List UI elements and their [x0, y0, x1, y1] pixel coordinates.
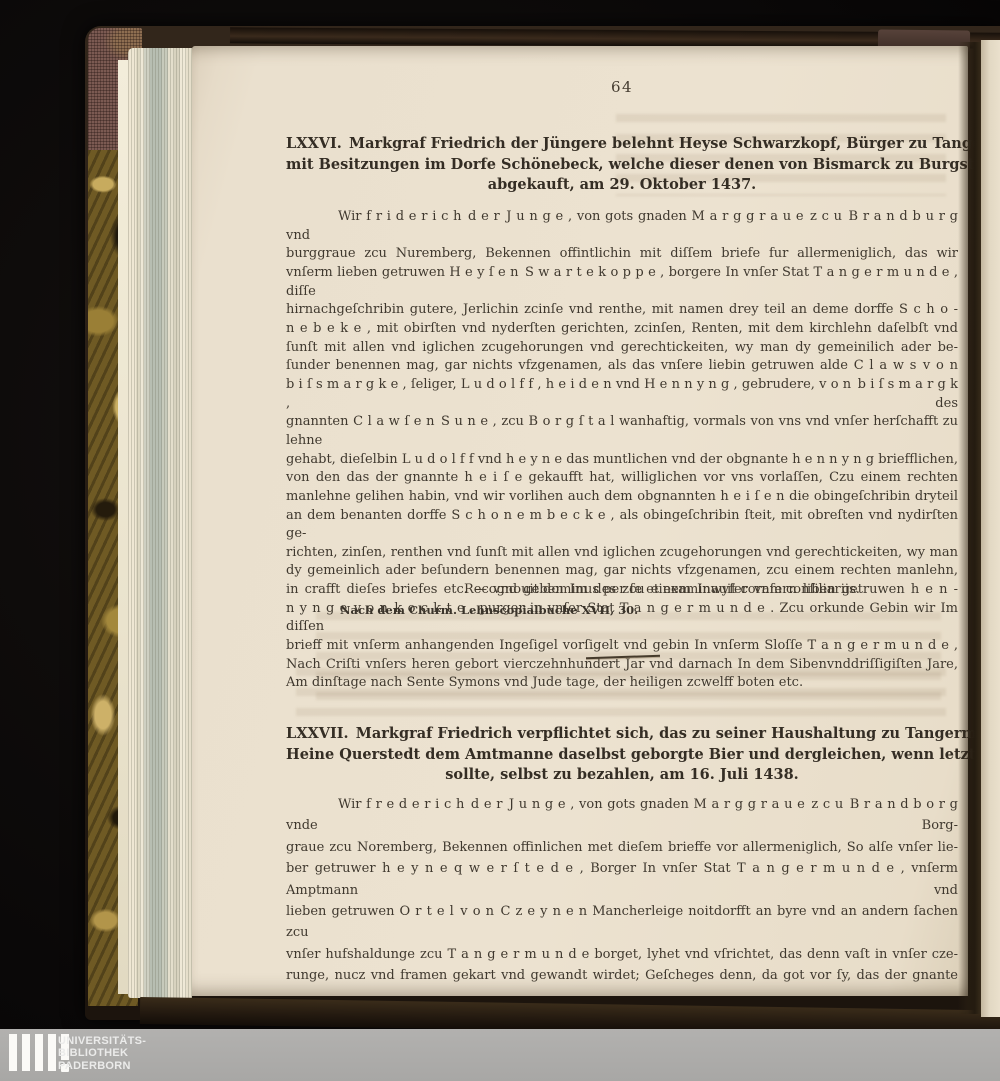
body-line: graue zcu Noremberg, Bekennen offinliche…	[286, 837, 958, 858]
facing-page-edge	[981, 40, 1000, 1017]
body-line: vnſer hufshaldunge zcu T a n g e r m u n…	[286, 944, 958, 965]
library-name-line: UNIVERSITÄTS-	[58, 1035, 146, 1047]
body-line: an dem benanten dorffe S c h o n e m b e…	[286, 507, 958, 544]
body-line: Am dinſtage nach Sente Symons vnd Jude t…	[286, 674, 958, 693]
heading-line: Heine Querstedt dem Amtmanne daselbst ge…	[286, 745, 958, 766]
page-stack-edges	[128, 48, 192, 998]
logo-bar	[35, 1034, 43, 1071]
body-line: ſunſt mit allen vnd iglichen zcugehorung…	[286, 339, 958, 358]
body-line: n e b e k e , mit obirſten vnd nyderſten…	[286, 320, 958, 339]
library-name-line: PADERBORN	[58, 1060, 146, 1072]
body-line: von den das der gnannte h e i ſ e gekauf…	[286, 469, 958, 488]
attestation-line: Recognouit dominus per ſe et examinauit …	[464, 582, 860, 597]
heading-line: abgekauft, am 29. Oktober 1437.	[286, 175, 958, 196]
body-line: manlehne gelihen habin, vnd wir vorlihen…	[286, 488, 958, 507]
library-name: UNIVERSITÄTS-BIBLIOTHEKPADERBORN	[58, 1035, 146, 1072]
page-number: 64	[286, 78, 958, 96]
scan-background: 64 LXXVI. Markgraf Friedrich der Jüngere…	[0, 0, 1000, 1081]
body-line: brieff mit vnſerm anhangenden Ingeſigel …	[286, 637, 958, 656]
heading-line: LXXVI. Markgraf Friedrich der Jüngere be…	[286, 134, 958, 155]
body-line: dy gemeinlich ader beſundern benennen ma…	[286, 562, 958, 581]
body-line: hirnachgeſchribin gutere, Jerlichin zcin…	[286, 301, 958, 320]
library-footer-bar: UNIVERSITÄTS-BIBLIOTHEKPADERBORN	[0, 1029, 1000, 1081]
section-76-body: Wir f r i d e r i c h d e r J u n g e , …	[286, 208, 958, 693]
body-line: runge, nucz vnd framen gekart vnd gewand…	[286, 965, 958, 986]
logo-bar	[48, 1034, 56, 1071]
body-line: burggraue zcu Nuremberg, Bekennen offint…	[286, 245, 958, 264]
page-gutter-shadow	[958, 42, 982, 1014]
body-line: Wir f r i d e r i c h d e r J u n g e , …	[286, 208, 958, 245]
body-line: vnſerm lieben getruwen H e y ſ e n S w a…	[286, 264, 958, 301]
heading-line: sollte, selbst zu bezahlen, am 16. Juli …	[286, 765, 958, 786]
heading-line: LXXVII. Markgraf Friedrich verpflichtet …	[286, 724, 958, 745]
library-name-line: BIBLIOTHEK	[58, 1047, 146, 1059]
body-line: Nach Criſti vnſers heren gebort vierczeh…	[286, 656, 958, 675]
body-line: b i ſ s m a r g k e , ſeliger, L u d o l…	[286, 376, 958, 413]
logo-bar	[22, 1034, 30, 1071]
section-76-heading: LXXVI. Markgraf Friedrich der Jüngere be…	[286, 134, 958, 196]
body-line: lieben getruwen O r t e l v o n C z e y …	[286, 901, 958, 944]
section-77-heading: LXXVII. Markgraf Friedrich verpflichtet …	[286, 724, 958, 786]
body-line: richten, zinſen, renthen vnd ſunſt mit a…	[286, 544, 958, 563]
body-line: ſunder benennen mag, gar nichts vfzgenam…	[286, 357, 958, 376]
logo-bar	[9, 1034, 17, 1071]
section-77-body: Wir f r e d e r i c h d e r J u n g e , …	[286, 794, 958, 987]
source-note: Nach dem Churm. Lehnscopialbuche XVII, 3…	[340, 603, 638, 617]
body-line: gnannten C l a w ſ e n S u n e , zcu B o…	[286, 413, 958, 450]
body-line: gehabt, dieſelbin L u d o l f f vnd h e …	[286, 451, 958, 470]
book-page: 64 LXXVI. Markgraf Friedrich der Jüngere…	[192, 46, 968, 996]
heading-line: mit Besitzungen im Dorfe Schönebeck, wel…	[286, 155, 958, 176]
body-line: ber getruwer h e y n e q w e r ſ t e d e…	[286, 858, 958, 901]
body-line: Wir f r e d e r i c h d e r J u n g e , …	[286, 794, 958, 837]
text-column: 64 LXXVI. Markgraf Friedrich der Jüngere…	[286, 46, 958, 996]
